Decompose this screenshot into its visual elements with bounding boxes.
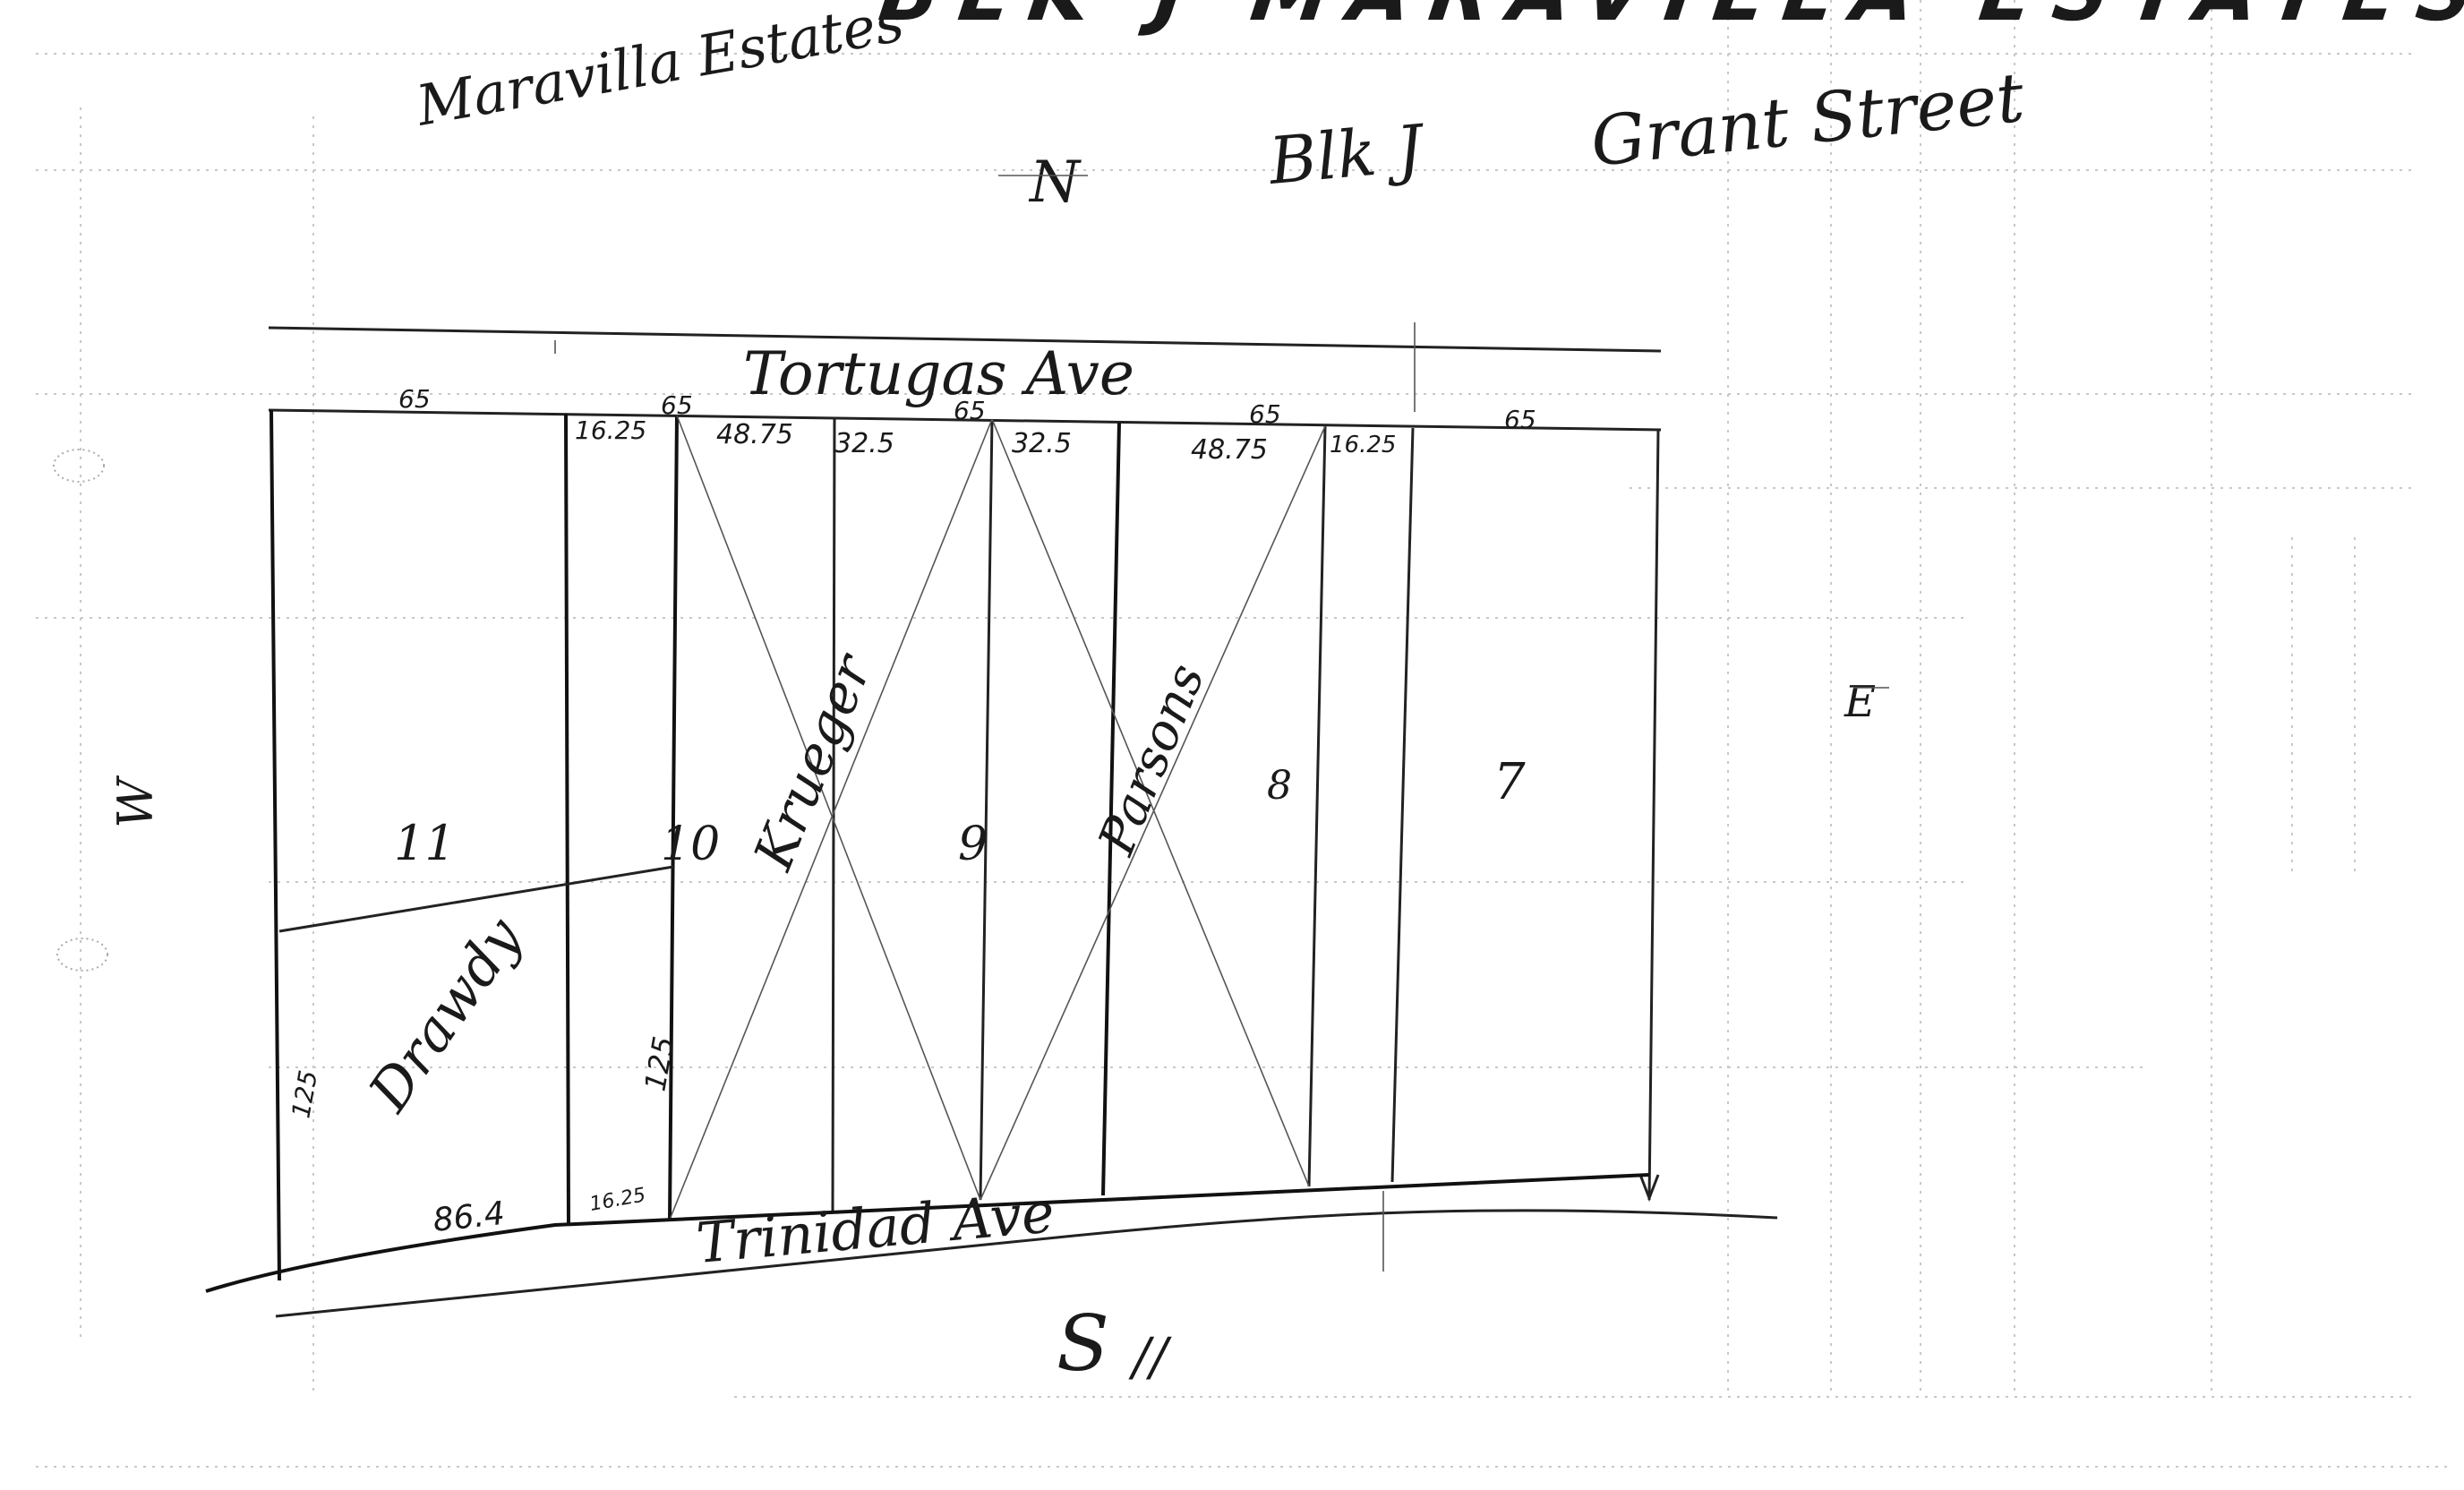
punch-hole-bottom <box>57 938 107 971</box>
inner-depth-dimension: 125 <box>637 1034 680 1094</box>
svg-text:65: 65 <box>661 390 693 420</box>
street-name-north: Tortugas Ave <box>743 339 1134 408</box>
lot-11-number: 11 <box>394 815 456 871</box>
south-label: S <box>1057 1299 1109 1389</box>
svg-text:65: 65 <box>1249 399 1281 429</box>
svg-text:65: 65 <box>398 384 431 414</box>
north-label-top: N <box>1028 150 1082 216</box>
bottom-left-dimension: 86.4 <box>432 1195 507 1239</box>
owner-parsons: Parsons <box>1087 656 1216 864</box>
svg-text:65: 65 <box>954 396 986 425</box>
svg-text:32.5: 32.5 <box>1012 428 1072 459</box>
lot-numbers: 11 10 9 8 7 <box>394 753 1526 871</box>
printed-title: BLK J MARAVILLA ESTATES <box>865 0 2464 39</box>
south-tick: // <box>1128 1326 1173 1387</box>
svg-text:48.75: 48.75 <box>1191 434 1268 466</box>
lot-8-number: 8 <box>1267 763 1292 809</box>
svg-text:16.25: 16.25 <box>575 415 646 445</box>
plat-map: BLK J MARAVILLA ESTATES Maravilla Estate… <box>0 0 2464 1490</box>
background-grid <box>36 0 2453 1467</box>
street-note: Grant Street <box>1587 57 2029 182</box>
west-boundary <box>271 410 279 1280</box>
svg-text:48.75: 48.75 <box>716 419 793 450</box>
svg-text:65: 65 <box>1504 405 1536 434</box>
owner-names: Drawdy Krueger Parsons <box>355 644 1216 1123</box>
street-name-south: Trinidad Ave <box>694 1179 1057 1276</box>
west-label: W <box>107 775 164 828</box>
east-label: E <box>1844 677 1876 727</box>
block-label: Blk J <box>1264 110 1429 199</box>
svg-text:32.5: 32.5 <box>834 428 894 459</box>
left-depth-dimension: 125 <box>286 1068 323 1120</box>
lot-9-number: 9 <box>958 818 988 871</box>
bottom-strip-dimension: 16.25 <box>588 1184 647 1216</box>
subdivision-note: Maravilla Estates <box>411 0 909 139</box>
owner-drawdy: Drawdy <box>355 905 535 1123</box>
lot-10-number: 10 <box>661 818 720 871</box>
punch-hole-top <box>54 450 104 482</box>
owner-krueger: Krueger <box>742 644 885 878</box>
lot-7-number: 7 <box>1493 753 1526 811</box>
east-boundary <box>1649 430 1658 1200</box>
trinidad-ave: Trinidad Ave <box>206 1175 1777 1316</box>
svg-text:16.25: 16.25 <box>1330 432 1396 458</box>
